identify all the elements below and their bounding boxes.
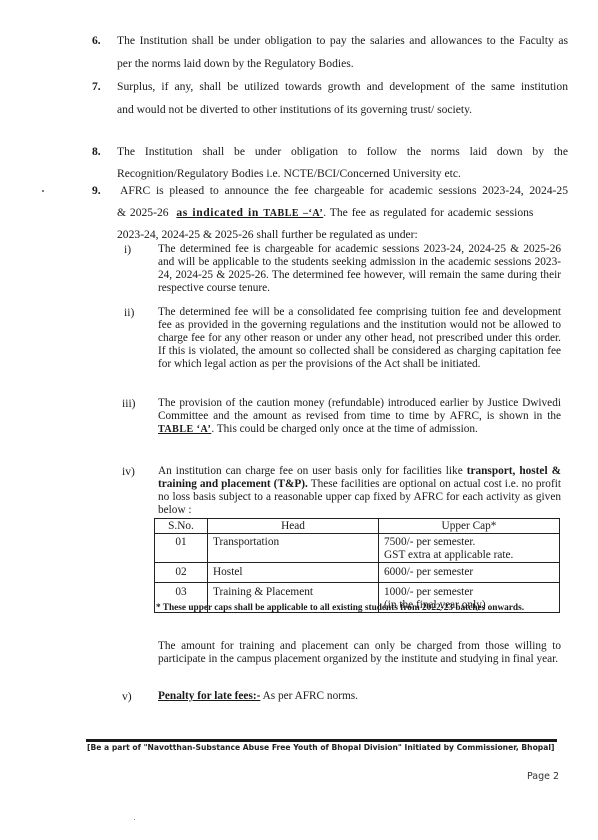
cell-cap: 7500/- per semester.GST extra at applica… [379,534,560,563]
item-text-line: AFRC is pleased to announce the fee char… [120,184,568,198]
cell-head: Transportation [208,534,379,563]
item-text-line: The Institution shall be under obligatio… [117,145,568,159]
column-header: Head [208,519,379,534]
link-text: as indicated in [176,206,259,219]
subitem-text: Penalty for late fees:- As per AFRC norm… [158,690,561,703]
scan-mark [42,190,44,192]
item-text-line: 2023-24, 2024-25 & 2025-26 shall further… [117,228,418,242]
item-text-line: Surplus, if any, shall be utilized towar… [117,80,568,94]
cell-head: Hostel [208,563,379,583]
cap-line: 6000/- per semester [384,566,554,579]
text: As per AFRC norms. [260,690,358,702]
text: The provision of the caution money (refu… [158,397,561,422]
table-a-reference: as indicated in TABLE –‘A’ [176,206,323,219]
item-number: 6. [92,34,101,48]
cell-sno: 01 [155,534,208,563]
text: . The fee as regulated for academic sess… [323,206,533,219]
subitem-label: iii) [122,397,136,410]
text: . This could be charged only once at the… [211,423,478,435]
table-row: 01 Transportation 7500/- per semester.GS… [155,534,560,563]
subitem-label: ii) [124,306,134,319]
subitem-label: v) [122,690,132,703]
cap-line: 1000/- per semester [384,586,554,599]
cap-line: 7500/- per semester. [384,536,554,549]
column-header: S.No. [155,519,208,534]
item-text-line: per the norms laid down by the Regulator… [117,57,354,71]
page-number: Page 2 [527,771,559,782]
table-footnote: * These upper caps shall be applicable t… [156,603,560,614]
table-ref: TABLE –‘A’ [263,208,323,219]
subitem-text: The determined fee will be a consolidate… [158,306,561,371]
column-header: Upper Cap* [379,519,560,534]
table-header-row: S.No. Head Upper Cap* [155,519,560,534]
table-row: 02 Hostel 6000/- per semester [155,563,560,583]
subitem-label: iv) [122,465,135,478]
text: & 2025-26 [117,206,169,219]
item-text-line: and would not be diverted to other insti… [117,103,472,117]
item-text-line: Recognition/Regulatory Bodies i.e. NCTE/… [117,167,461,181]
subitem-text: An institution can charge fee on user ba… [158,465,561,517]
item-text-line: The Institution shall be under obligatio… [117,34,568,48]
subitem-label: i) [124,243,131,256]
upper-cap-table: S.No. Head Upper Cap* 01 Transportation … [154,518,560,613]
item-number: 9. [92,184,101,198]
footer-rule [86,739,557,742]
text: An institution can charge fee on user ba… [158,465,463,477]
cell-cap: 6000/- per semester [379,563,560,583]
item-text-line: & 2025-26 as indicated in TABLE –‘A’. Th… [117,206,568,221]
subitem-text: The provision of the caution money (refu… [158,397,561,436]
training-placement-note: The amount for training and placement ca… [158,640,561,666]
cell-sno: 02 [155,563,208,583]
subitem-text: The determined fee is chargeable for aca… [158,243,561,295]
footer-slogan: [Be a part of "Navotthan-Substance Abuse… [87,743,554,752]
cap-line: GST extra at applicable rate. [384,549,554,562]
scan-mark [134,819,135,820]
item-number: 8. [92,145,101,159]
item-number: 7. [92,80,101,94]
table-a-reference: TABLE ‘A’ [158,424,211,435]
penalty-heading: Penalty for late fees:- [158,690,260,702]
